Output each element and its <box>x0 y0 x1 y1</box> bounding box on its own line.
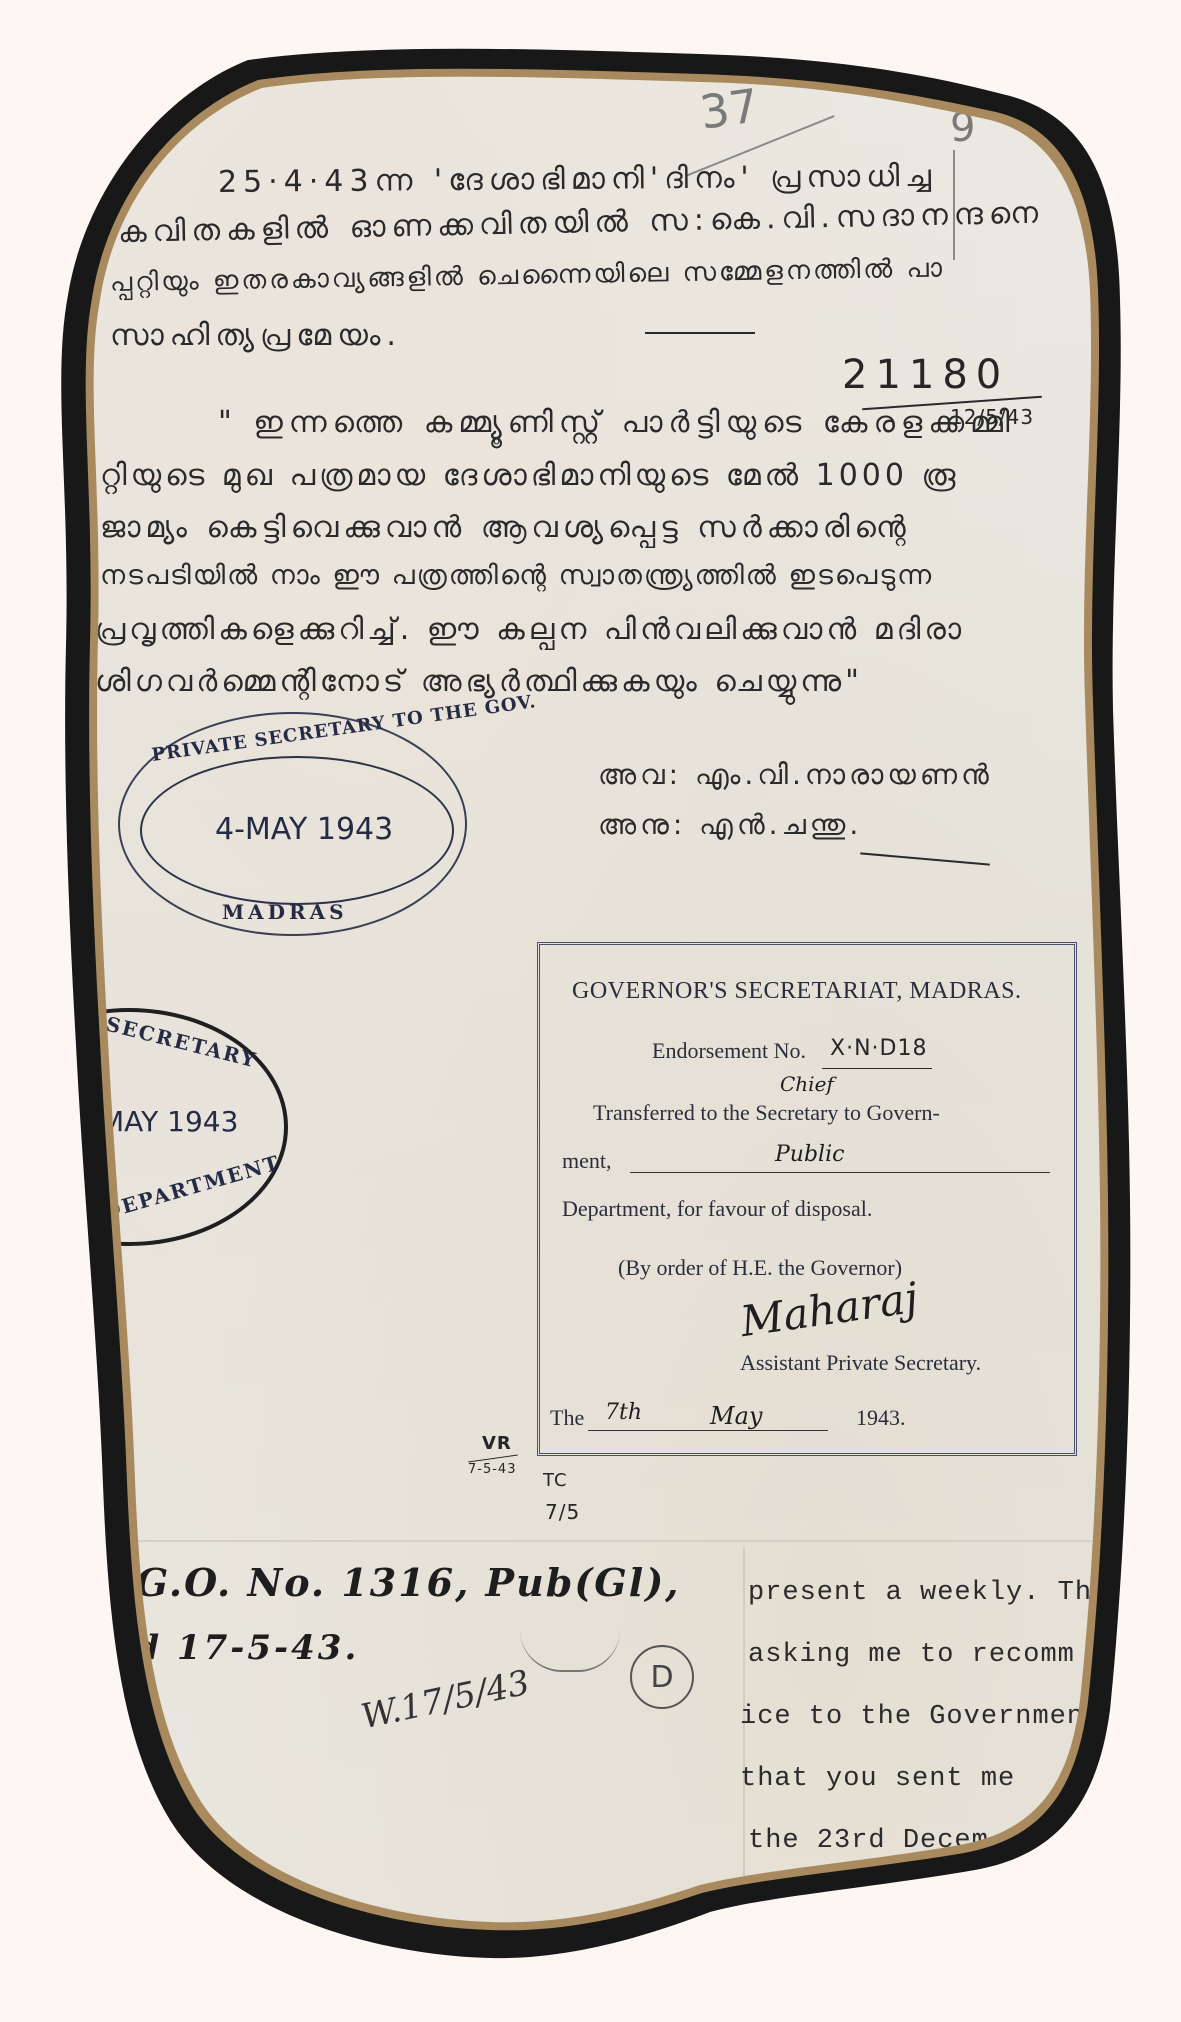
quote-line-4: നടപടിയിൽ നാം ഈ പത്രത്തിന്റെ സ്വാതന്ത്ര്യ… <box>100 560 933 592</box>
typed-line-1: present a weekly. Th <box>748 1578 1092 1608</box>
endorsement-ment-label: ment, <box>562 1148 612 1174</box>
quote-line-3: ജാമ്യം കെട്ടിവെക്കുവാൻ ആവശ്യപ്പെട്ട സർക്… <box>100 510 911 545</box>
quote-line-5: പ്രവൃത്തികളെക്കുറിച്ച്. ഈ കല്പന പിൻവലിക്… <box>95 612 965 647</box>
margin-vr: VR <box>482 1433 512 1454</box>
handwritten-chief: Chief <box>780 1072 834 1096</box>
endorsement-number-line <box>822 1068 932 1069</box>
stamp-private-secretary-date: 4-MAY 1943 <box>215 812 393 847</box>
endorsement-title: GOVERNOR'S SECRETARIAT, MADRAS. <box>572 978 1022 1005</box>
header-line-4: സാഹിത്യപ്രമേയം. <box>110 318 402 353</box>
quote-line-2: റ്റിയുടെ മുഖ പത്രമായ ദേശാഭിമാനിയുടെ മേൽ … <box>100 458 959 493</box>
go-note-signature: W.17/5/43 <box>358 1663 533 1738</box>
header-line-2: കവിതകളിൽ ഓണക്കവിതയിൽ സ:കെ.വി.സദാനന്ദനെ <box>118 196 1045 250</box>
endorsement-ment-line <box>630 1172 1050 1173</box>
endorsement-date-year: 1943. <box>856 1405 906 1431</box>
lower-section-divider <box>80 1540 1100 1542</box>
typed-line-4: that you sent me <box>740 1764 1015 1794</box>
endorsement-department-line: Department, for favour of disposal. <box>562 1196 872 1222</box>
document-paper: 37 9 25·4·43ന്ന 'ദേശാഭിമാനി'ദിനം' പ്രസാധ… <box>0 0 1181 2022</box>
endorsement-department-value: Public <box>775 1142 844 1167</box>
go-note-line-1: d G.O. No. 1316, Pub(Gl), <box>92 1560 680 1605</box>
margin-initials: TC <box>543 1470 568 1491</box>
endorsement-date-line <box>588 1430 828 1431</box>
pencil-page-number: 37 <box>697 78 762 140</box>
signatory-flourish <box>860 852 990 865</box>
endorsement-date-prefix: The <box>550 1405 584 1431</box>
endorsement-date-month: May <box>710 1402 762 1430</box>
signatory-line-2: അനു: എൻ.ചന്തു. <box>598 808 862 842</box>
pencil-arc <box>520 1630 620 1672</box>
typed-line-2: asking me to recomm <box>748 1640 1075 1670</box>
endorsement-transfer-line: Transferred to the Secretary to Govern- <box>593 1100 940 1126</box>
endorsement-number-value: X·N·D18 <box>830 1036 927 1061</box>
quote-line-6: ശിഗവർമ്മെന്റിനോട് അഭ്യർത്ഥിക്കുകയും ചെയ്… <box>95 664 863 699</box>
circled-letter: D <box>630 1645 694 1709</box>
reference-number: 21180 <box>842 352 1009 398</box>
typed-page-edge <box>743 1548 745 1928</box>
endorsement-signatory-title: Assistant Private Secretary. <box>740 1350 981 1376</box>
header-line-1: 25·4·43ന്ന 'ദേശാഭിമാനി'ദിനം' പ്രസാധിച്ച <box>218 159 937 200</box>
header-underline <box>645 332 755 334</box>
typed-line-3: ice to the Governmen <box>740 1702 1084 1732</box>
stamp-private-secretary-city: MADRAS <box>222 900 348 924</box>
endorsement-order-line: (By order of H.E. the Governor) <box>618 1255 902 1281</box>
stamp-department-date: MAY 1943 <box>100 1105 238 1138</box>
header-line-3: പ്പറ്റിയും ഇതരകാവ്യങ്ങളിൽ ചെന്നൈയിലെ സമ്… <box>110 253 945 299</box>
signatory-line-1: അവ: എം.വി.നാരായണൻ <box>598 758 993 792</box>
quote-line-1: " ഇന്നത്തെ കമ്മ്യൂണിസ്റ്റ് പാർട്ടിയുടെ ക… <box>218 405 1015 440</box>
margin-vr-date: 7-5-43 <box>468 1462 516 1477</box>
endorsement-number-label: Endorsement No. <box>652 1038 806 1064</box>
margin-initials-date: 7/5 <box>545 1500 580 1524</box>
circled-letter-text: D <box>650 1660 673 1695</box>
endorsement-date-day: 7th <box>605 1400 642 1425</box>
